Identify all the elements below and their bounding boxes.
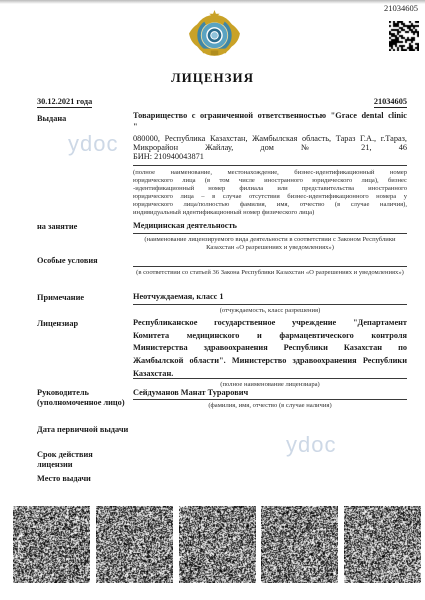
watermark-ydoc-top: ydoc bbox=[68, 131, 118, 157]
caption-issued: (полное наименование, местонахождение, б… bbox=[133, 169, 407, 218]
head-value: Сейдуманов Манат Турарович bbox=[133, 388, 407, 397]
barcode-block-4 bbox=[261, 506, 338, 583]
field-label-licensor: Лицензиар bbox=[37, 319, 137, 328]
caption-note: (отчуждаемость, класс разрешения) bbox=[133, 307, 407, 315]
page-top-edge bbox=[0, 0, 425, 4]
qr-code-small bbox=[389, 21, 419, 51]
kazakhstan-emblem-icon bbox=[186, 9, 243, 58]
underline-issued bbox=[133, 165, 407, 166]
document-number-top: 21034605 bbox=[384, 3, 418, 13]
barcode-block-1 bbox=[13, 506, 90, 583]
underline-note bbox=[133, 304, 407, 305]
field-label-note: Примечание bbox=[37, 293, 137, 302]
underline-head bbox=[133, 399, 407, 400]
barcode-block-3 bbox=[179, 506, 256, 583]
issued-address: 080000, Республика Казахстан, Жамбылская… bbox=[133, 134, 407, 162]
barcode-block-5 bbox=[344, 506, 421, 583]
license-number: 21034605 bbox=[374, 97, 407, 108]
licensor-value: Республиканское государственное учрежден… bbox=[133, 317, 407, 381]
license-document: 21034605 ЛИЦЕНЗИЯ 30.12.2021 года 210346… bbox=[0, 0, 425, 600]
watermark-ydoc-bottom: ydoc bbox=[286, 432, 336, 458]
field-label-head: Руководитель bbox=[37, 388, 137, 397]
field-label-issued: Выдана bbox=[37, 114, 137, 123]
underline-activity bbox=[133, 233, 407, 234]
field-label-head-2: (уполномоченное лицо) bbox=[37, 398, 137, 407]
document-title: ЛИЦЕНЗИЯ bbox=[0, 70, 425, 86]
underline-special bbox=[133, 266, 407, 267]
field-label-first-issue: Дата первичной выдачи bbox=[37, 425, 137, 434]
field-label-validity: Срок действиялицензии bbox=[37, 450, 137, 470]
issue-date: 30.12.2021 года bbox=[37, 97, 92, 108]
note-value: Неотчуждаемая, класс 1 bbox=[133, 292, 407, 301]
caption-head: (фамилия, имя, отчество (в случае наличи… bbox=[133, 402, 407, 410]
field-label-special: Особые условия bbox=[37, 256, 137, 265]
barcode-block-2 bbox=[96, 506, 173, 583]
caption-special: (в соответствии со статьей 36 Закона Рес… bbox=[133, 269, 407, 277]
field-label-activity: на занятие bbox=[37, 222, 137, 231]
underline-licensor bbox=[133, 378, 407, 379]
field-label-place: Место выдачи bbox=[37, 474, 137, 483]
barcode-row bbox=[0, 506, 425, 583]
issued-organization: Товарищество с ограниченной ответственно… bbox=[133, 111, 407, 132]
activity-value: Медицинская деятельность bbox=[133, 221, 407, 230]
caption-activity: (наименование лицензируемого вида деятел… bbox=[133, 236, 407, 252]
